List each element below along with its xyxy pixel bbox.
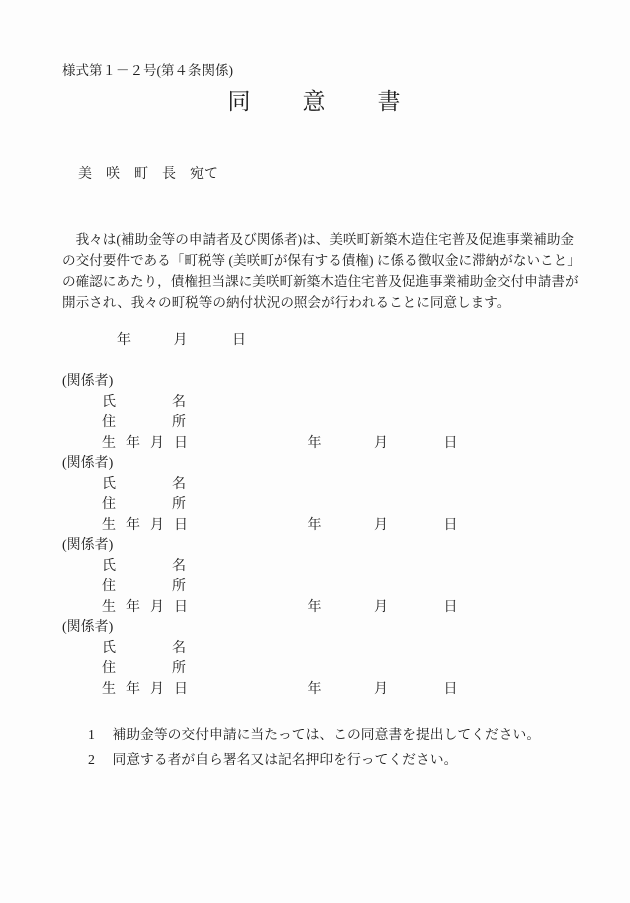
party-list: (関係者) 氏 名 住 所 生年月日 年 月 日 (関係者) 氏 名 住 所 (62, 372, 568, 700)
party-name-row: 氏 名 (102, 557, 568, 578)
name-label: 氏 名 (102, 395, 186, 410)
party-address-row: 住 所 (102, 413, 568, 434)
party-block-1: (関係者) 氏 名 住 所 生年月日 年 月 日 (62, 372, 568, 454)
party-block-3: (関係者) 氏 名 住 所 生年月日 年 月 日 (62, 536, 568, 618)
party-birth-row: 生年月日 年 月 日 (102, 680, 568, 701)
birth-label: 生年月日 (102, 518, 198, 533)
party-name-row: 氏 名 (102, 393, 568, 414)
form-number: 様式第１－２号(第４条関係) (62, 62, 568, 79)
birth-year-label: 年 (308, 600, 322, 615)
body-line: 我々は(補助金等の申請者及び関係者)は、美咲町新築木造住宅普及促進事業補助金 (62, 229, 568, 250)
footnote-number: 1 (88, 722, 96, 747)
birth-year-label: 年 (308, 682, 322, 697)
party-block-2: (関係者) 氏 名 住 所 生年月日 年 月 日 (62, 454, 568, 536)
body-paragraph: 我々は(補助金等の申請者及び関係者)は、美咲町新築木造住宅普及促進事業補助金 の… (62, 229, 568, 313)
party-heading: (関係者) (62, 372, 568, 393)
birth-month-label: 月 (374, 436, 388, 451)
party-birth-row: 生年月日 年 月 日 (102, 516, 568, 537)
document-title: 同 意 書 (62, 89, 568, 115)
birth-month-label: 月 (374, 600, 388, 615)
party-birth-row: 生年月日 年 月 日 (102, 434, 568, 455)
name-label: 氏 名 (102, 641, 186, 656)
birth-year-label: 年 (308, 518, 322, 533)
address-label: 住 所 (102, 661, 186, 676)
address-label: 住 所 (102, 497, 186, 512)
birth-day-label: 日 (444, 682, 458, 697)
party-heading: (関係者) (62, 618, 568, 639)
birth-year-label: 年 (308, 436, 322, 451)
party-block-4: (関係者) 氏 名 住 所 生年月日 年 月 日 (62, 618, 568, 700)
party-name-row: 氏 名 (102, 475, 568, 496)
party-address-row: 住 所 (102, 577, 568, 598)
signature-date-line: 年 月 日 (62, 331, 568, 351)
addressee-line: 美 咲 町 長 宛て (78, 165, 568, 185)
birth-day-label: 日 (444, 600, 458, 615)
birth-day-label: 日 (444, 518, 458, 533)
address-label: 住 所 (102, 579, 186, 594)
party-address-row: 住 所 (102, 495, 568, 516)
party-name-row: 氏 名 (102, 639, 568, 660)
date-month-label: 月 (174, 333, 188, 348)
consent-form-page: 様式第１－２号(第４条関係) 同 意 書 美 咲 町 長 宛て 我々は(補助金等… (0, 0, 630, 903)
name-label: 氏 名 (102, 477, 186, 492)
footnote-text: 補助金等の交付申請に当たっては、この同意書を提出してください。 (112, 727, 540, 742)
birth-month-label: 月 (374, 518, 388, 533)
birth-label: 生年月日 (102, 682, 198, 697)
birth-month-label: 月 (374, 682, 388, 697)
date-year-label: 年 (117, 333, 131, 348)
address-label: 住 所 (102, 415, 186, 430)
footnote-number: 2 (88, 747, 96, 772)
party-heading: (関係者) (62, 536, 568, 557)
body-line: の交付要件である「町税等 (美咲町が保有する債権) に係る徴収金に滞納がないこと… (62, 250, 568, 271)
birth-label: 生年月日 (102, 600, 198, 615)
footnotes: 1 補助金等の交付申請に当たっては、この同意書を提出してください。 2 同意する… (62, 722, 568, 772)
party-address-row: 住 所 (102, 659, 568, 680)
name-label: 氏 名 (102, 559, 186, 574)
date-day-label: 日 (232, 333, 246, 348)
party-birth-row: 生年月日 年 月 日 (102, 598, 568, 619)
footnote-text: 同意する者が自ら署名又は記名押印を行ってください。 (112, 752, 457, 767)
body-line: 開示され、我々の町税等の納付状況の照会が行われることに同意します。 (62, 292, 568, 313)
birth-label: 生年月日 (102, 436, 198, 451)
party-heading: (関係者) (62, 454, 568, 475)
body-line: の確認にあたり，債権担当課に美咲町新築木造住宅普及促進事業補助金交付申請書が (62, 271, 568, 292)
footnote-1: 1 補助金等の交付申請に当たっては、この同意書を提出してください。 (88, 722, 568, 747)
birth-day-label: 日 (444, 436, 458, 451)
footnote-2: 2 同意する者が自ら署名又は記名押印を行ってください。 (88, 747, 568, 772)
